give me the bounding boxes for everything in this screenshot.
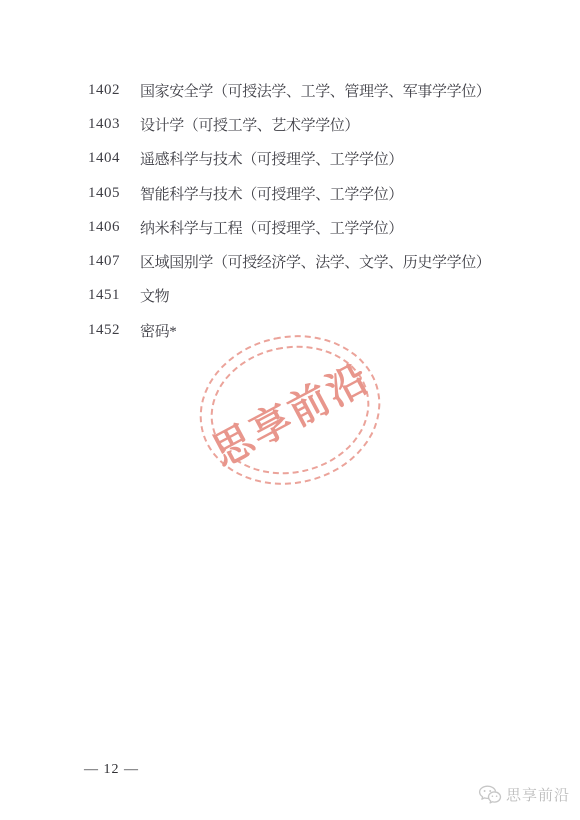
discipline-name: 文物 (140, 285, 169, 306)
list-item: 1404 遥感科学与技术（可授理学、工学学位） (88, 142, 560, 176)
wechat-icon (478, 785, 502, 805)
discipline-code: 1403 (88, 116, 140, 133)
list-item: 1405 智能科学与技术（可授理学、工学学位） (88, 176, 560, 210)
list-item: 1407 区域国别学（可授经济学、法学、文学、历史学学位） (88, 244, 560, 278)
document-page: 1402 国家安全学（可授法学、工学、管理学、军事学学位） 1403 设计学（可… (0, 0, 580, 820)
discipline-code: 1452 (88, 322, 140, 339)
discipline-list: 1402 国家安全学（可授法学、工学、管理学、军事学学位） 1403 设计学（可… (88, 73, 560, 347)
discipline-code: 1402 (88, 82, 140, 99)
discipline-name: 区域国别学（可授经济学、法学、文学、历史学学位） (140, 251, 490, 272)
footer-watermark: 思享前沿 (478, 784, 570, 805)
discipline-code: 1406 (88, 219, 140, 236)
discipline-name: 国家安全学（可授法学、工学、管理学、军事学学位） (140, 80, 490, 101)
discipline-code: 1405 (88, 185, 140, 202)
list-item: 1403 设计学（可授工学、艺术学学位） (88, 107, 560, 141)
discipline-name: 纳米科学与工程（可授理学、工学学位） (140, 217, 403, 238)
discipline-name: 设计学（可授工学、艺术学学位） (140, 114, 359, 135)
discipline-code: 1451 (88, 287, 140, 304)
footer-watermark-text: 思享前沿 (506, 784, 570, 805)
discipline-code: 1407 (88, 253, 140, 270)
list-item: 1406 纳米科学与工程（可授理学、工学学位） (88, 210, 560, 244)
discipline-name: 密码* (140, 320, 176, 341)
list-item: 1451 文物 (88, 279, 560, 313)
page-number: — 12 — (84, 762, 139, 778)
discipline-name: 遥感科学与技术（可授理学、工学学位） (140, 148, 403, 169)
discipline-code: 1404 (88, 150, 140, 167)
list-item: 1402 国家安全学（可授法学、工学、管理学、军事学学位） (88, 73, 560, 107)
discipline-name: 智能科学与技术（可授理学、工学学位） (140, 183, 403, 204)
